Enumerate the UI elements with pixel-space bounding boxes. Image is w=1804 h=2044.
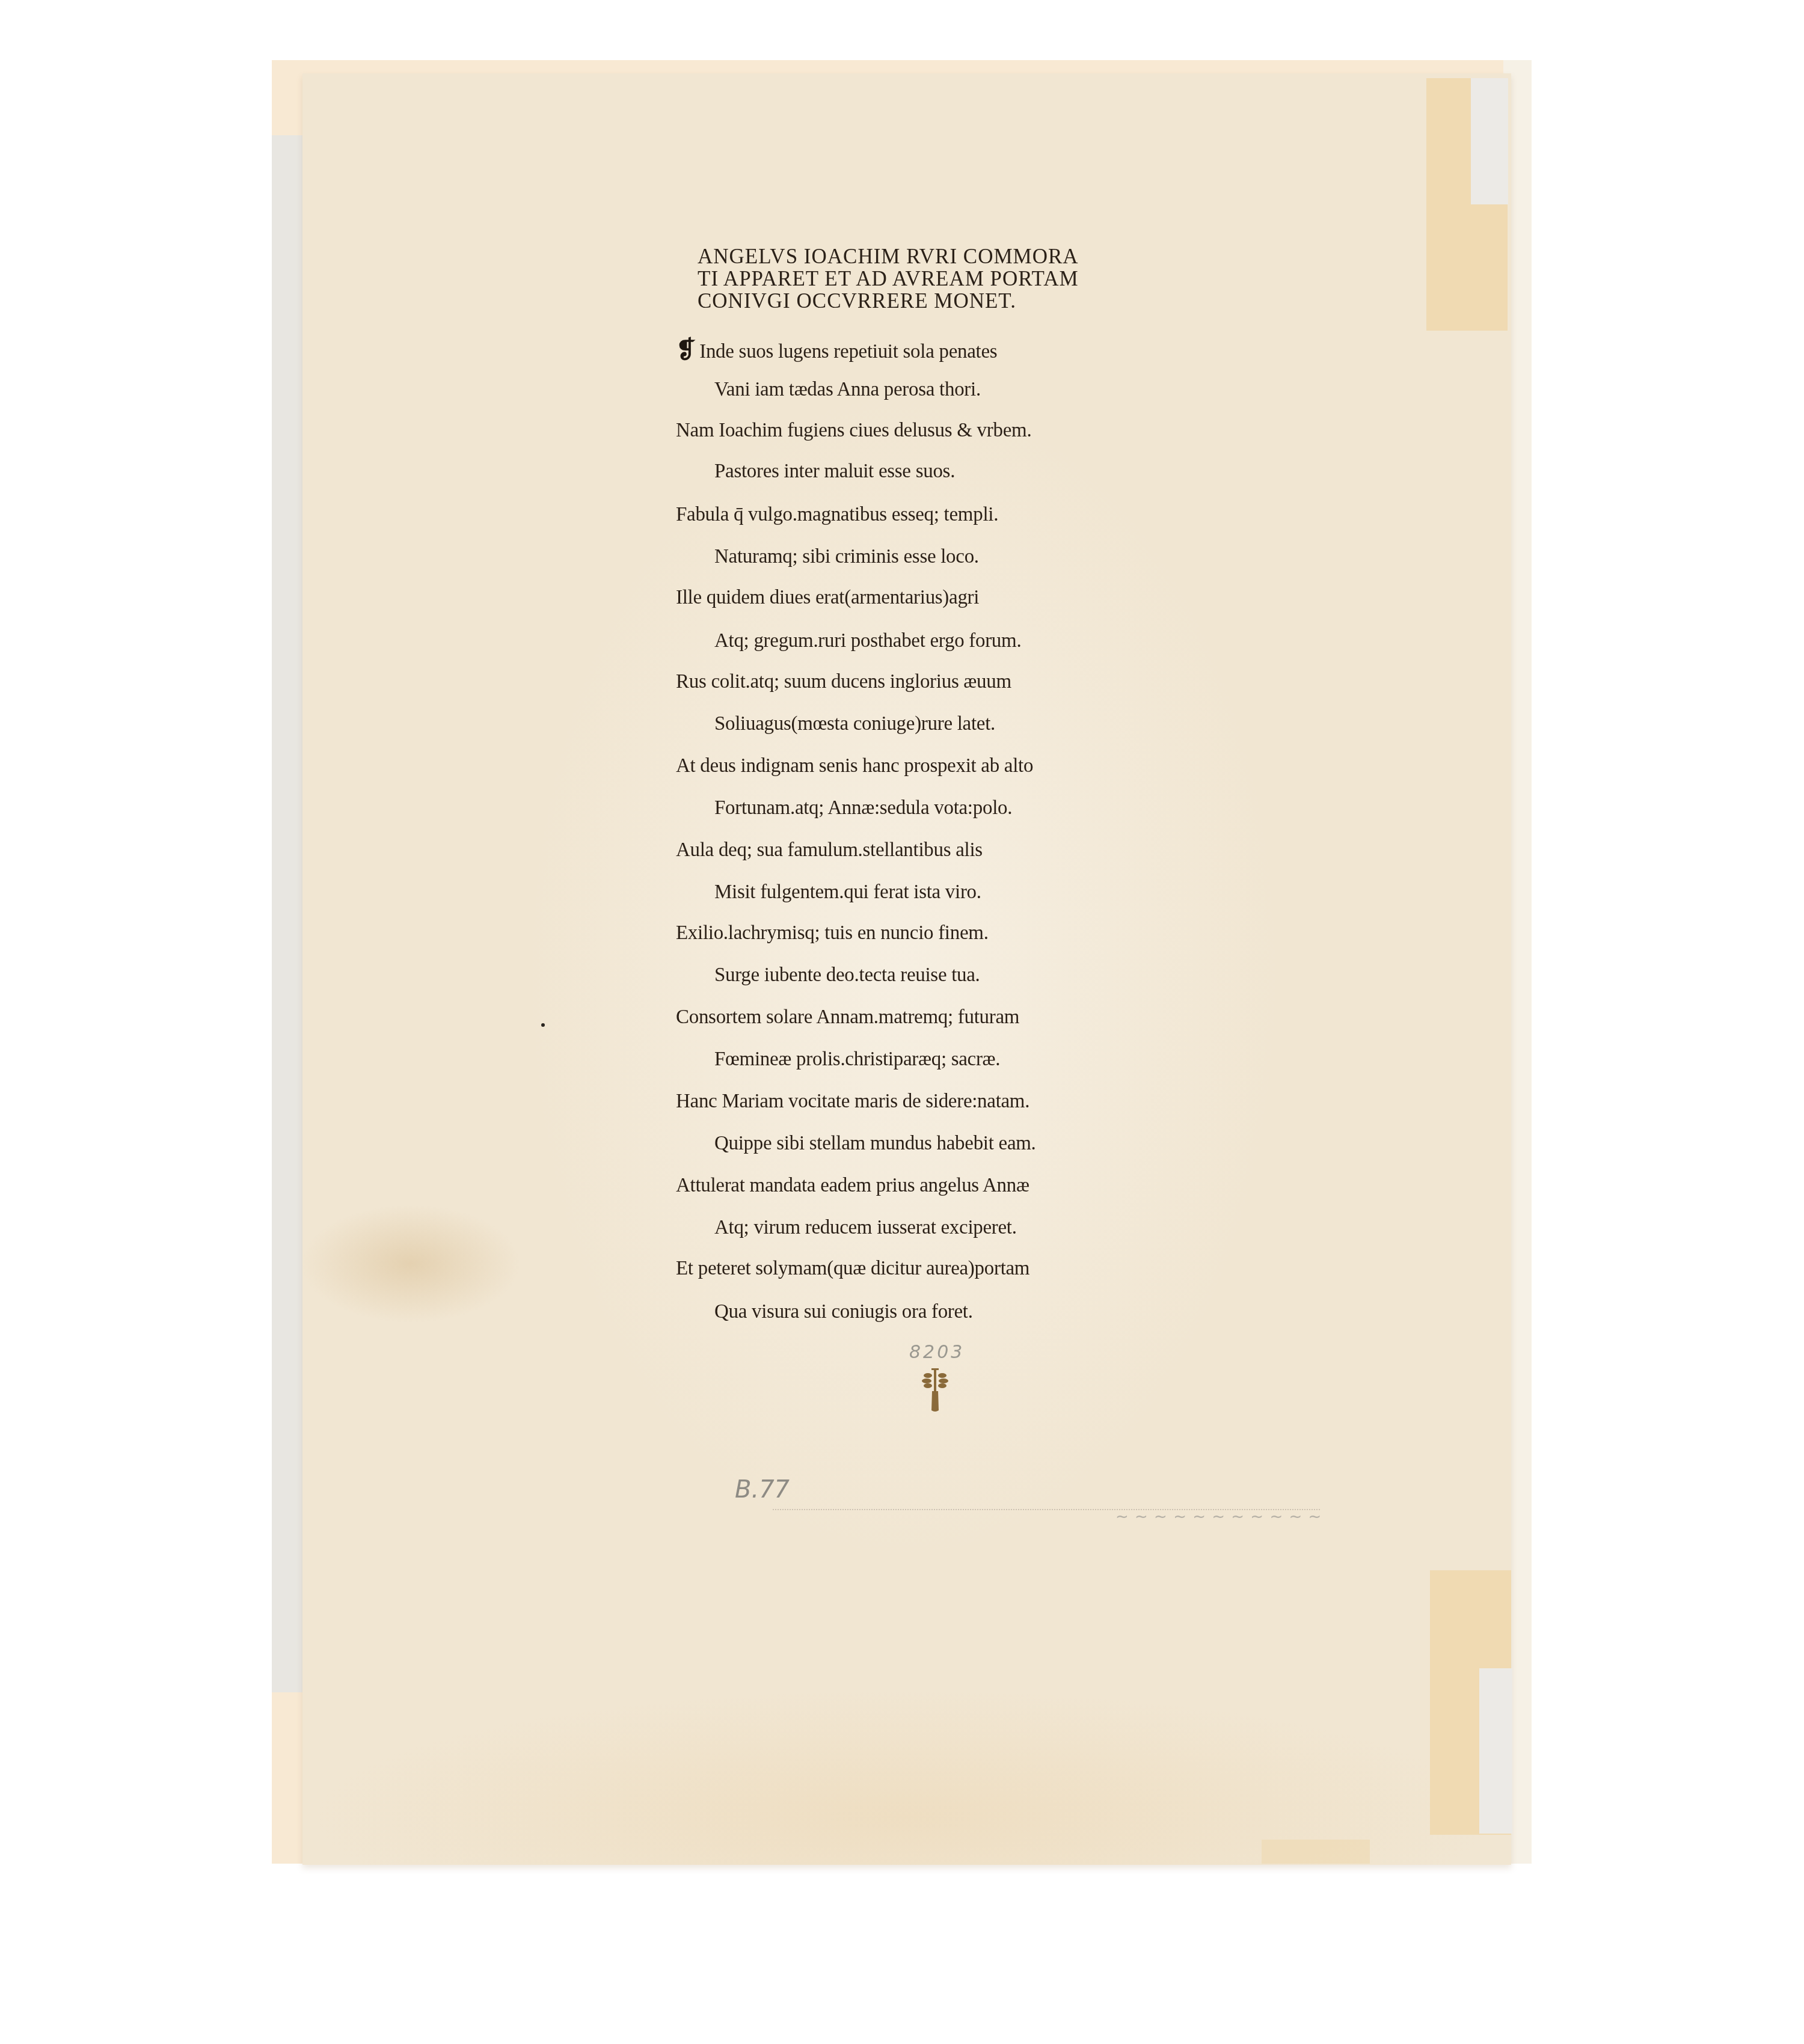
verse-line: Et peteret solymam(quæ dicitur aurea)por… xyxy=(676,1258,1029,1280)
hinge-tape-top-overlay xyxy=(1471,78,1508,204)
verse-line: Nam Ioachim fugiens ciues delusus & vrbe… xyxy=(676,420,1031,442)
verse-line: Exilio.lachrymisq; tuis en nuncio finem. xyxy=(676,922,989,944)
verse-line: ❡Inde suos lugens repetiuit sola penates xyxy=(676,335,997,364)
paragraph-mark-icon: ❡ xyxy=(676,335,696,364)
hinge-tape-bottom-overlay xyxy=(1479,1668,1512,1834)
verse-line: Rus colit.atq; suum ducens inglorius æuu… xyxy=(676,671,1011,693)
verse-line: Fabula q̄ vulgo.magnatibus esseq; templi… xyxy=(676,504,998,526)
verse-line: Hanc Mariam vocitate maris de sidere:nat… xyxy=(676,1091,1029,1113)
verse-line: Vani iam tædas Anna perosa thori. xyxy=(714,379,981,401)
verse-line: Ille quidem diues erat(armentarius)agri xyxy=(676,587,979,609)
verse-line: Atq; virum reducem iusserat exciperet. xyxy=(714,1217,1017,1239)
collector-stamp-icon xyxy=(920,1365,950,1413)
verse-line: Soliuagus(mœsta coniuge)rure latet. xyxy=(714,713,995,735)
hinge-tape-foot xyxy=(1262,1840,1370,1864)
verse-line: Naturamq; sibi criminis esse loco. xyxy=(714,546,979,568)
mount-left-edge xyxy=(272,135,303,1692)
verse-line: Qua visura sui coniugis ora foret. xyxy=(714,1301,973,1323)
catalogue-reference: B.77 xyxy=(735,1476,790,1504)
verse-line: Surge iubente deo.tecta reuise tua. xyxy=(714,964,980,987)
verse-line: Atq; gregum.ruri posthabet ergo forum. xyxy=(714,630,1021,652)
heading-line: ANGELVS IOACHIM RVRI COMMORA xyxy=(698,245,1079,268)
chapter-heading: ANGELVS IOACHIM RVRI COMMORA TI APPARET … xyxy=(698,245,1079,312)
verse-line: Quippe sibi stellam mundus habebit eam. xyxy=(714,1133,1036,1155)
pencil-signature: ~ ~ ~ ~ ~ ~ ~ ~ ~ ~ ~ xyxy=(1115,1508,1322,1526)
ink-speck xyxy=(541,1023,545,1027)
verse-line: Fortunam.atq; Annæ:sedula vota:polo. xyxy=(714,797,1012,819)
heading-line: TI APPARET ET AD AVREAM PORTAM xyxy=(698,268,1079,290)
inventory-number: 8203 xyxy=(909,1342,965,1363)
verse-line: Consortem solare Annam.matremq; futuram xyxy=(676,1006,1019,1029)
verse-line: Attulerat mandata eadem prius angelus An… xyxy=(676,1175,1029,1197)
heading-line: CONIVGI OCCVRRERE MONET. xyxy=(698,290,1079,312)
verse-line: Fœmineæ prolis.christiparæq; sacræ. xyxy=(714,1048,1000,1071)
verse-line: At deus indignam senis hanc prospexit ab… xyxy=(676,755,1033,777)
verse-line: Pastores inter maluit esse suos. xyxy=(714,461,955,483)
verse-line: Aula deq; sua famulum.stellantibus alis xyxy=(676,839,983,861)
verse-line: Misit fulgentem.qui ferat ista viro. xyxy=(714,881,981,904)
